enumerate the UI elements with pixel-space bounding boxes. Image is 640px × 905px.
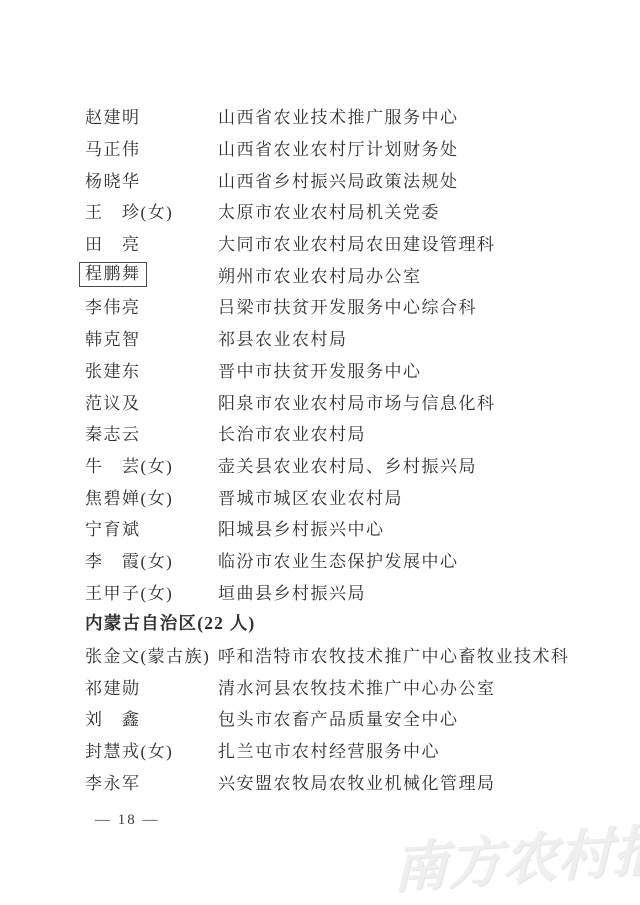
organization-name: 临汾市农业生态保护发展中心 [218,547,612,572]
person-name-cell: 王 珍(女) [85,198,218,223]
roster-row: 范议及阳泉市农业农村局市场与信息化科 [85,385,612,417]
roster-row: 韩克智祁县农业农村局 [85,322,612,354]
person-name-cell: 张金文(蒙古族) [85,642,218,667]
organization-name: 扎兰屯市农村经营服务中心 [218,737,612,762]
organization-name: 壶关县农业农村局、乡村振兴局 [218,452,612,477]
roster-row: 宁育斌阳城县乡村振兴中心 [85,512,612,544]
roster-row: 李永军兴安盟农牧局农牧业机械化管理局 [85,765,612,797]
page-number: — 18 — [95,812,160,829]
organization-name: 祁县农业农村局 [218,325,612,350]
roster-list: 赵建明山西省农业技术推广服务中心马正伟山西省农业农村厅计划财务处杨晓华山西省乡村… [85,100,612,797]
person-name-cell: 封慧戎(女) [85,737,218,762]
roster-row: 赵建明山西省农业技术推广服务中心 [85,100,612,132]
organization-name: 太原市农业农村局机关党委 [218,198,612,223]
person-name: 李永军 [85,774,141,793]
person-name: 秦志云 [85,425,141,444]
roster-row: 马正伟山西省农业农村厅计划财务处 [85,132,612,164]
roster-row: 王甲子(女)垣曲县乡村振兴局 [85,575,612,607]
organization-name: 垣曲县乡村振兴局 [218,579,612,604]
roster-row: 田 亮大同市农业农村局农田建设管理科 [85,227,612,259]
organization-name: 朔州市农业农村局办公室 [218,262,612,287]
person-name: 宁育斌 [85,520,141,539]
organization-name: 山西省乡村振兴局政策法规处 [218,167,612,192]
person-name: 杨晓华 [85,172,141,191]
person-name: 牛 芸(女) [85,457,173,476]
person-name-boxed: 程鹏舞 [79,262,147,287]
person-name: 刘 鑫 [85,710,141,729]
roster-row: 杨晓华山西省乡村振兴局政策法规处 [85,163,612,195]
roster-row: 李伟亮吕梁市扶贫开发服务中心综合科 [85,290,612,322]
organization-name: 山西省农业农村厅计划财务处 [218,135,612,160]
roster-row: 刘 鑫包头市农畜产品质量安全中心 [85,702,612,734]
person-name-cell: 马正伟 [85,135,218,160]
person-name: 范议及 [85,394,141,413]
person-name: 李 霞(女) [85,552,173,571]
person-name-cell: 祁建勋 [85,674,218,699]
person-name-cell: 焦碧婵(女) [85,484,218,509]
roster-row: 王 珍(女)太原市农业农村局机关党委 [85,195,612,227]
person-name: 张建东 [85,362,141,381]
province-section-header: 内蒙古自治区(22 人) [85,607,612,639]
person-name: 马正伟 [85,140,141,159]
person-name-cell: 宁育斌 [85,515,218,540]
organization-name: 清水河县农牧技术推广中心办公室 [218,674,612,699]
person-name-cell: 刘 鑫 [85,705,218,730]
person-name-cell: 田 亮 [85,230,218,255]
person-name: 韩克智 [85,330,141,349]
person-name: 田 亮 [85,235,141,254]
organization-name: 阳城县乡村振兴中心 [218,515,612,540]
roster-row: 焦碧婵(女)晋城市城区农业农村局 [85,480,612,512]
person-name: 祁建勋 [85,679,141,698]
roster-row: 程鹏舞朔州市农业农村局办公室 [85,258,612,290]
person-name-cell: 范议及 [85,389,218,414]
person-name-cell: 李永军 [85,769,218,794]
person-name: 封慧戎(女) [85,742,173,761]
organization-name: 兴安盟农牧局农牧业机械化管理局 [218,769,612,794]
organization-name: 晋城市城区农业农村局 [218,484,612,509]
person-name: 张金文(蒙古族) [85,647,210,666]
person-name-cell: 李伟亮 [85,293,218,318]
organization-name: 呼和浩特市农牧技术推广中心畜牧业技术科 [218,642,612,667]
person-name-cell: 张建东 [85,357,218,382]
document-page: 赵建明山西省农业技术推广服务中心马正伟山西省农业农村厅计划财务处杨晓华山西省乡村… [0,0,640,905]
person-name-cell: 王甲子(女) [85,579,218,604]
person-name-cell: 秦志云 [85,420,218,445]
roster-row: 牛 芸(女)壶关县农业农村局、乡村振兴局 [85,449,612,481]
person-name-cell: 程鹏舞 [85,262,218,287]
organization-name: 晋中市扶贫开发服务中心 [218,357,612,382]
person-name: 李伟亮 [85,298,141,317]
organization-name: 长治市农业农村局 [218,420,612,445]
organization-name: 大同市农业农村局农田建设管理科 [218,230,612,255]
person-name-cell: 韩克智 [85,325,218,350]
organization-name: 山西省农业技术推广服务中心 [218,103,612,128]
person-name-cell: 牛 芸(女) [85,452,218,477]
organization-name: 包头市农畜产品质量安全中心 [218,705,612,730]
roster-row: 秦志云长治市农业农村局 [85,417,612,449]
organization-name: 吕梁市扶贫开发服务中心综合科 [218,293,612,318]
person-name-cell: 赵建明 [85,103,218,128]
person-name: 王 珍(女) [85,203,173,222]
roster-row: 张建东晋中市扶贫开发服务中心 [85,354,612,386]
roster-row: 张金文(蒙古族)呼和浩特市农牧技术推广中心畜牧业技术科 [85,639,612,671]
person-name: 焦碧婵(女) [85,489,173,508]
roster-row: 李 霞(女)临汾市农业生态保护发展中心 [85,544,612,576]
province-section-label: 内蒙古自治区(22 人) [85,610,255,635]
roster-row: 祁建勋清水河县农牧技术推广中心办公室 [85,670,612,702]
person-name-cell: 李 霞(女) [85,547,218,572]
organization-name: 阳泉市农业农村局市场与信息化科 [218,389,612,414]
person-name: 赵建明 [85,108,141,127]
person-name: 王甲子(女) [85,584,173,603]
roster-row: 封慧戎(女)扎兰屯市农村经营服务中心 [85,734,612,766]
person-name-cell: 杨晓华 [85,167,218,192]
watermark-text: 南方农村报 [393,807,640,903]
